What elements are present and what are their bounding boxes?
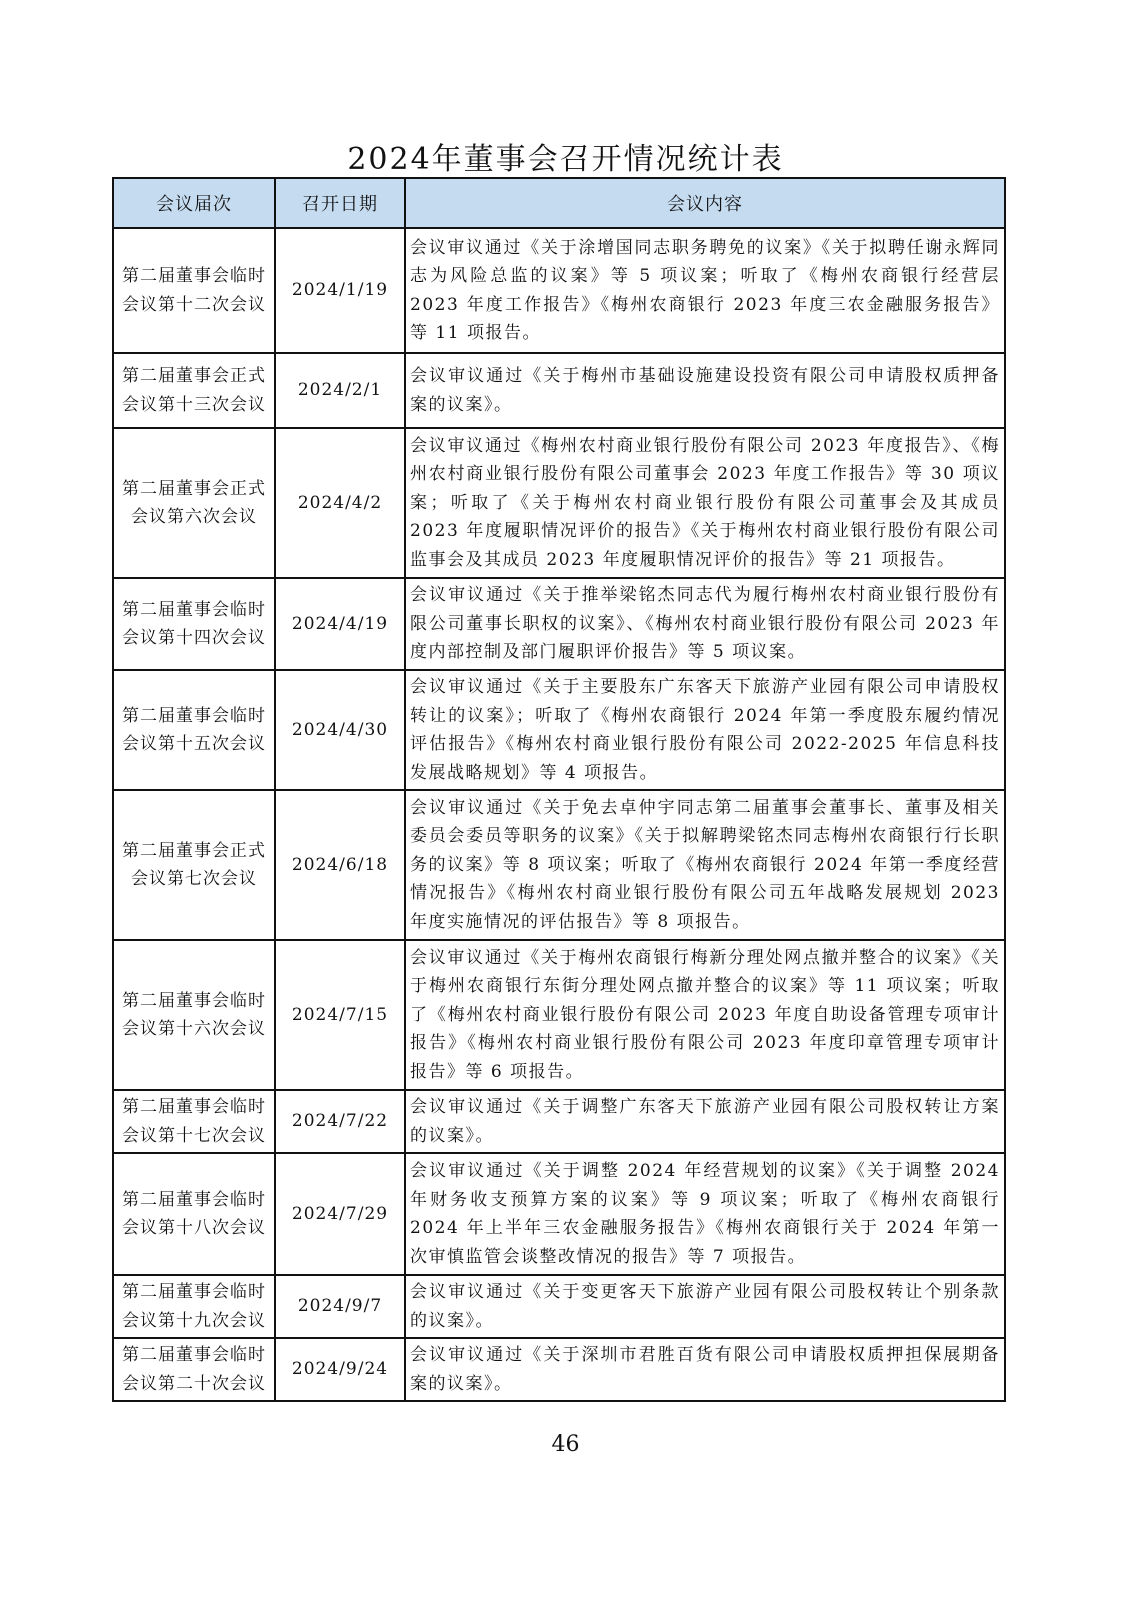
session-cell: 第二届董事会临时会议第十七次会议 bbox=[113, 1090, 275, 1153]
table-row: 第二届董事会临时会议第十八次会议 2024/7/29 会议审议通过《关于调整 2… bbox=[113, 1153, 1005, 1275]
content-cell: 会议审议通过《关于深圳市君胜百货有限公司申请股权质押担保展期备案的议案》。 bbox=[405, 1338, 1005, 1401]
table-row: 第二届董事会临时会议第十五次会议 2024/4/30 会议审议通过《关于主要股东… bbox=[113, 670, 1005, 790]
content-cell: 会议审议通过《梅州农村商业银行股份有限公司 2023 年度报告》、《梅州农村商业… bbox=[405, 428, 1005, 578]
table-row: 第二届董事会临时会议第十九次会议 2024/9/7 会议审议通过《关于变更客天下… bbox=[113, 1275, 1005, 1338]
content-cell: 会议审议通过《关于免去卓仲宇同志第二届董事会董事长、董事及相关委员会委员等职务的… bbox=[405, 790, 1005, 940]
content-cell: 会议审议通过《关于调整广东客天下旅游产业园有限公司股权转让方案的议案》。 bbox=[405, 1090, 1005, 1153]
session-cell: 第二届董事会正式会议第六次会议 bbox=[113, 428, 275, 578]
session-cell: 第二届董事会正式会议第十三次会议 bbox=[113, 353, 275, 428]
session-cell: 第二届董事会临时会议第二十次会议 bbox=[113, 1338, 275, 1401]
content-cell: 会议审议通过《关于梅州市基础设施建设投资有限公司申请股权质押备案的议案》。 bbox=[405, 353, 1005, 428]
header-session: 会议届次 bbox=[113, 178, 275, 228]
content-cell: 会议审议通过《关于推举梁铭杰同志代为履行梅州农村商业银行股份有限公司董事长职权的… bbox=[405, 578, 1005, 670]
date-cell: 2024/9/7 bbox=[275, 1275, 405, 1338]
session-cell: 第二届董事会临时会议第十四次会议 bbox=[113, 578, 275, 670]
date-cell: 2024/7/22 bbox=[275, 1090, 405, 1153]
session-cell: 第二届董事会临时会议第十五次会议 bbox=[113, 670, 275, 790]
session-cell: 第二届董事会正式会议第七次会议 bbox=[113, 790, 275, 940]
date-cell: 2024/1/19 bbox=[275, 228, 405, 353]
date-cell: 2024/2/1 bbox=[275, 353, 405, 428]
board-meetings-table: 会议届次 召开日期 会议内容 第二届董事会临时会议第十二次会议 2024/1/1… bbox=[112, 177, 1006, 1402]
date-cell: 2024/4/19 bbox=[275, 578, 405, 670]
content-cell: 会议审议通过《关于梅州农商银行梅新分理处网点撤并整合的议案》《关于梅州农商银行东… bbox=[405, 940, 1005, 1090]
date-cell: 2024/4/30 bbox=[275, 670, 405, 790]
content-cell: 会议审议通过《关于涂增国同志职务聘免的议案》《关于拟聘任谢永辉同志为风险总监的议… bbox=[405, 228, 1005, 353]
date-cell: 2024/6/18 bbox=[275, 790, 405, 940]
session-cell: 第二届董事会临时会议第十二次会议 bbox=[113, 228, 275, 353]
date-cell: 2024/4/2 bbox=[275, 428, 405, 578]
table-row: 第二届董事会正式会议第七次会议 2024/6/18 会议审议通过《关于免去卓仲宇… bbox=[113, 790, 1005, 940]
date-cell: 2024/9/24 bbox=[275, 1338, 405, 1401]
session-cell: 第二届董事会临时会议第十九次会议 bbox=[113, 1275, 275, 1338]
page-number: 46 bbox=[0, 1432, 1131, 1457]
table-row: 第二届董事会临时会议第十二次会议 2024/1/19 会议审议通过《关于涂增国同… bbox=[113, 228, 1005, 353]
date-cell: 2024/7/29 bbox=[275, 1153, 405, 1275]
document-title: 2024年董事会召开情况统计表 bbox=[0, 134, 1131, 178]
table-row: 第二届董事会正式会议第十三次会议 2024/2/1 会议审议通过《关于梅州市基础… bbox=[113, 353, 1005, 428]
table-row: 第二届董事会临时会议第十六次会议 2024/7/15 会议审议通过《关于梅州农商… bbox=[113, 940, 1005, 1090]
table-row: 第二届董事会临时会议第十四次会议 2024/4/19 会议审议通过《关于推举梁铭… bbox=[113, 578, 1005, 670]
table-header-row: 会议届次 召开日期 会议内容 bbox=[113, 178, 1005, 228]
table-row: 第二届董事会临时会议第十七次会议 2024/7/22 会议审议通过《关于调整广东… bbox=[113, 1090, 1005, 1153]
session-cell: 第二届董事会临时会议第十八次会议 bbox=[113, 1153, 275, 1275]
content-cell: 会议审议通过《关于调整 2024 年经营规划的议案》《关于调整 2024 年财务… bbox=[405, 1153, 1005, 1275]
content-cell: 会议审议通过《关于变更客天下旅游产业园有限公司股权转让个别条款的议案》。 bbox=[405, 1275, 1005, 1338]
session-cell: 第二届董事会临时会议第十六次会议 bbox=[113, 940, 275, 1090]
content-cell: 会议审议通过《关于主要股东广东客天下旅游产业园有限公司申请股权转让的议案》；听取… bbox=[405, 670, 1005, 790]
table-row: 第二届董事会临时会议第二十次会议 2024/9/24 会议审议通过《关于深圳市君… bbox=[113, 1338, 1005, 1401]
header-content: 会议内容 bbox=[405, 178, 1005, 228]
date-cell: 2024/7/15 bbox=[275, 940, 405, 1090]
header-date: 召开日期 bbox=[275, 178, 405, 228]
table-row: 第二届董事会正式会议第六次会议 2024/4/2 会议审议通过《梅州农村商业银行… bbox=[113, 428, 1005, 578]
